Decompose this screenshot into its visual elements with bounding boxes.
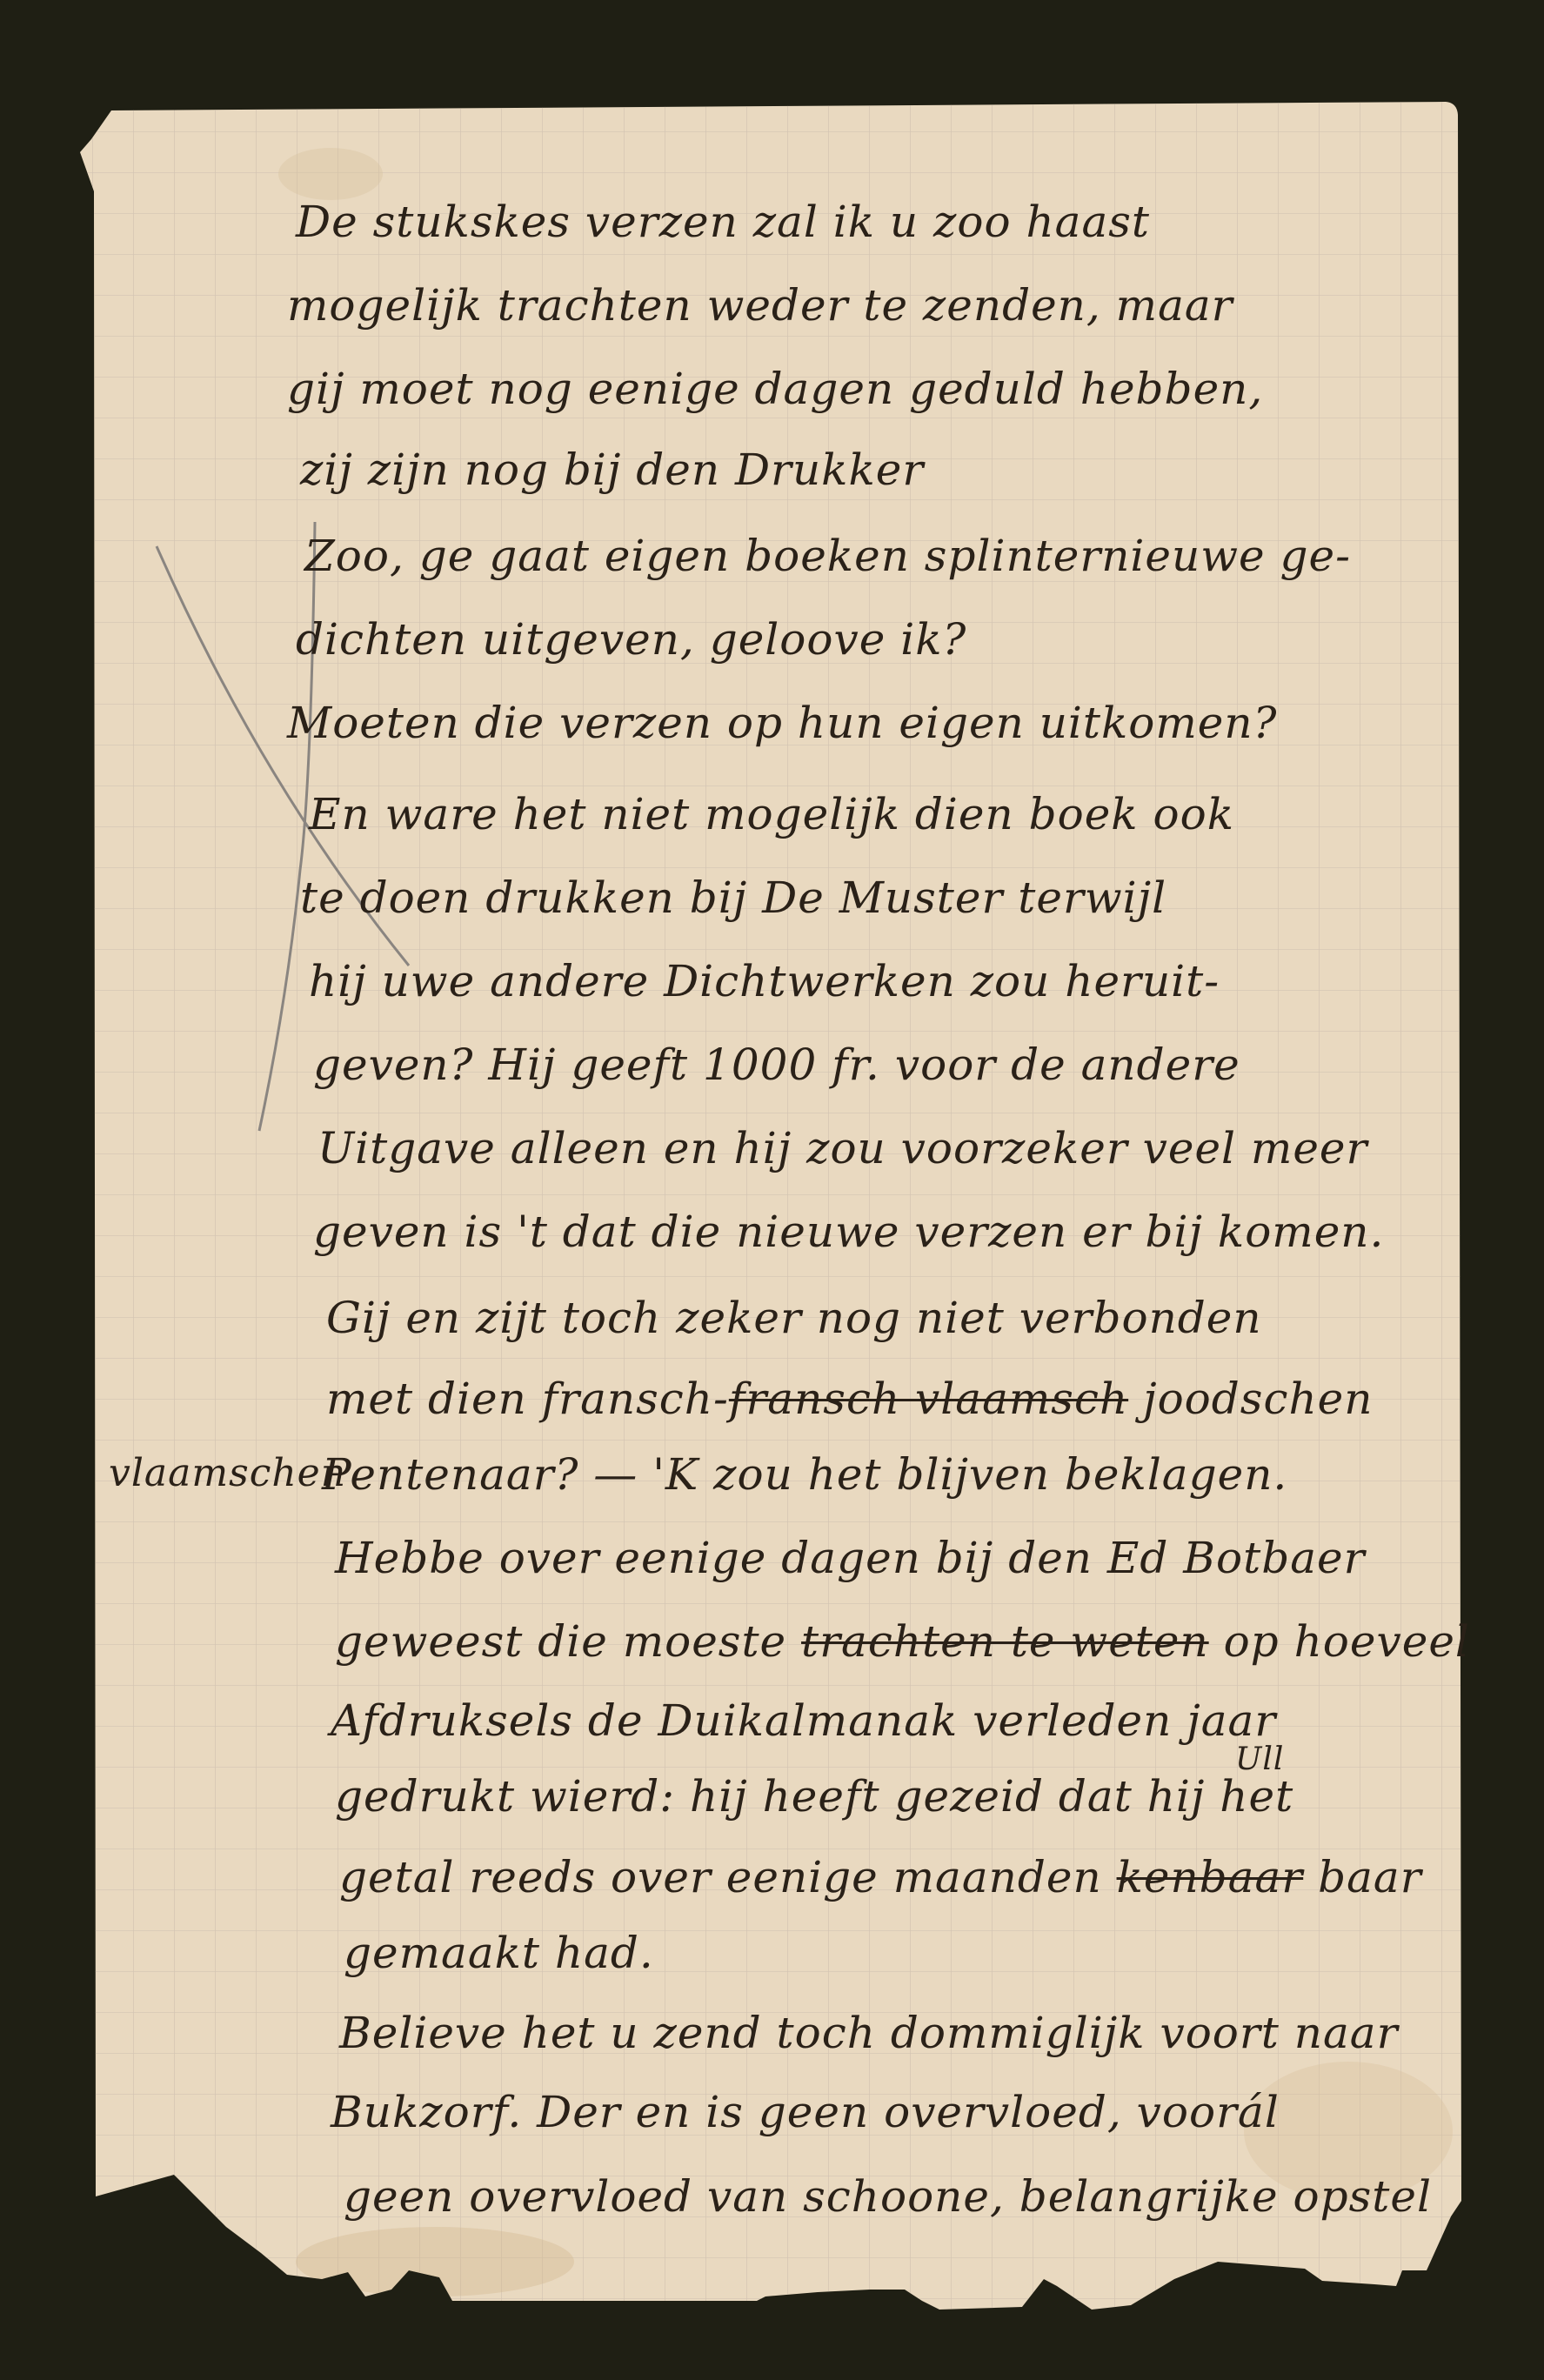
text-line-12: Uitgave alleen en hij zou voorzeker veel… xyxy=(317,1126,1367,1170)
text-segment: op hoeveel xyxy=(1209,1616,1470,1667)
text-segment: baar xyxy=(1303,1852,1421,1902)
text-line-10: hij uwe andere Dichtwerken zou heruit- xyxy=(309,959,1220,1003)
text-line-6: dichten uitgeven, geloove ik? xyxy=(296,618,966,661)
text-line-9: te doen drukken bij De Muster terwijl xyxy=(300,876,1166,919)
text-line-20: gedrukt wierd: hij heeft gezeid dat hij … xyxy=(335,1775,1293,1818)
text-line-18: geweest die moeste trachten te weten op … xyxy=(335,1620,1470,1663)
text-line-1: De stukskes verzen zal ik u zoo haast xyxy=(296,200,1150,244)
text-line-21: getal reeds over eenige maanden kenbaar … xyxy=(339,1855,1422,1899)
struck-text: fransch vlaamsch xyxy=(729,1374,1128,1424)
text-segment: geweest die moeste xyxy=(335,1616,801,1667)
text-line-2: mogelijk trachten weder te zenden, maar xyxy=(287,284,1233,327)
letter-page: De stukskes verzen zal ik u zoo haast mo… xyxy=(0,0,1544,2380)
text-line-16: Pentenaar? — 'K zou het blijven beklagen… xyxy=(322,1453,1287,1496)
text-line-3: gij moet nog eenige dagen geduld hebben, xyxy=(287,367,1263,411)
text-line-8: En ware het niet mogelijk dien boek ook xyxy=(309,792,1234,836)
text-line-24: Bukzorf. Der en is geen overvloed, voorá… xyxy=(331,2090,1280,2134)
text-line-7: Moeten die verzen op hun eigen uitkomen? xyxy=(287,701,1277,745)
text-line-14: Gij en zijt toch zeker nog niet verbonde… xyxy=(326,1296,1262,1340)
text-line-19: Afdruksels de Duikalmanak verleden jaar xyxy=(331,1699,1276,1742)
text-line-22: gemaakt had. xyxy=(344,1931,654,1975)
text-line-5: Zoo, ge gaat eigen boeken splinternieuwe… xyxy=(304,534,1351,578)
text-line-4: zij zijn nog bij den Drukker xyxy=(300,448,924,491)
text-line-17: Hebbe over eenige dagen bij den Ed Botba… xyxy=(335,1536,1366,1580)
struck-text: kenbaar xyxy=(1117,1852,1304,1902)
text-line-15: met dien fransch-fransch vlaamsch joodsc… xyxy=(326,1377,1373,1421)
struck-text: trachten te weten xyxy=(801,1616,1209,1667)
text-segment: joodschen xyxy=(1128,1374,1373,1424)
text-line-13: geven is 't dat die nieuwe verzen er bij… xyxy=(313,1210,1384,1254)
text-segment: getal reeds over eenige maanden xyxy=(339,1852,1117,1902)
text-line-25: geen overvloed van schoone, belangrijke … xyxy=(344,2175,1432,2218)
text-line-23: Believe het u zend toch dommiglijk voort… xyxy=(339,2011,1399,2055)
text-segment: met dien fransch- xyxy=(326,1374,729,1424)
text-line-11: geven? Hij geeft 1000 fr. voor de andere xyxy=(313,1043,1240,1086)
margin-note: vlaamschen xyxy=(109,1454,346,1493)
